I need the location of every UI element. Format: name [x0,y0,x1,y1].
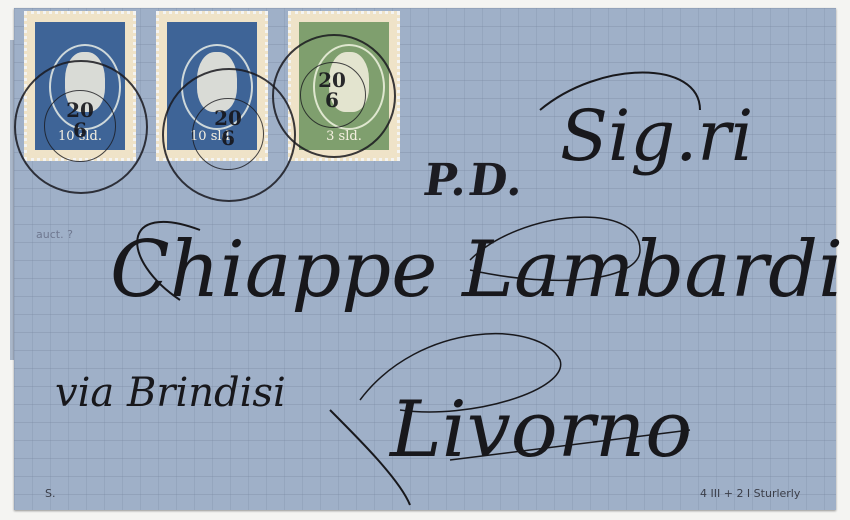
pencil-note-bottom-left: S. [45,487,55,500]
pencil-note-bottom-right: 4 III + 2 I Sturlerly [700,487,800,500]
pencil-note-left: auct. ? [36,228,73,241]
script-flourishes [0,0,850,520]
